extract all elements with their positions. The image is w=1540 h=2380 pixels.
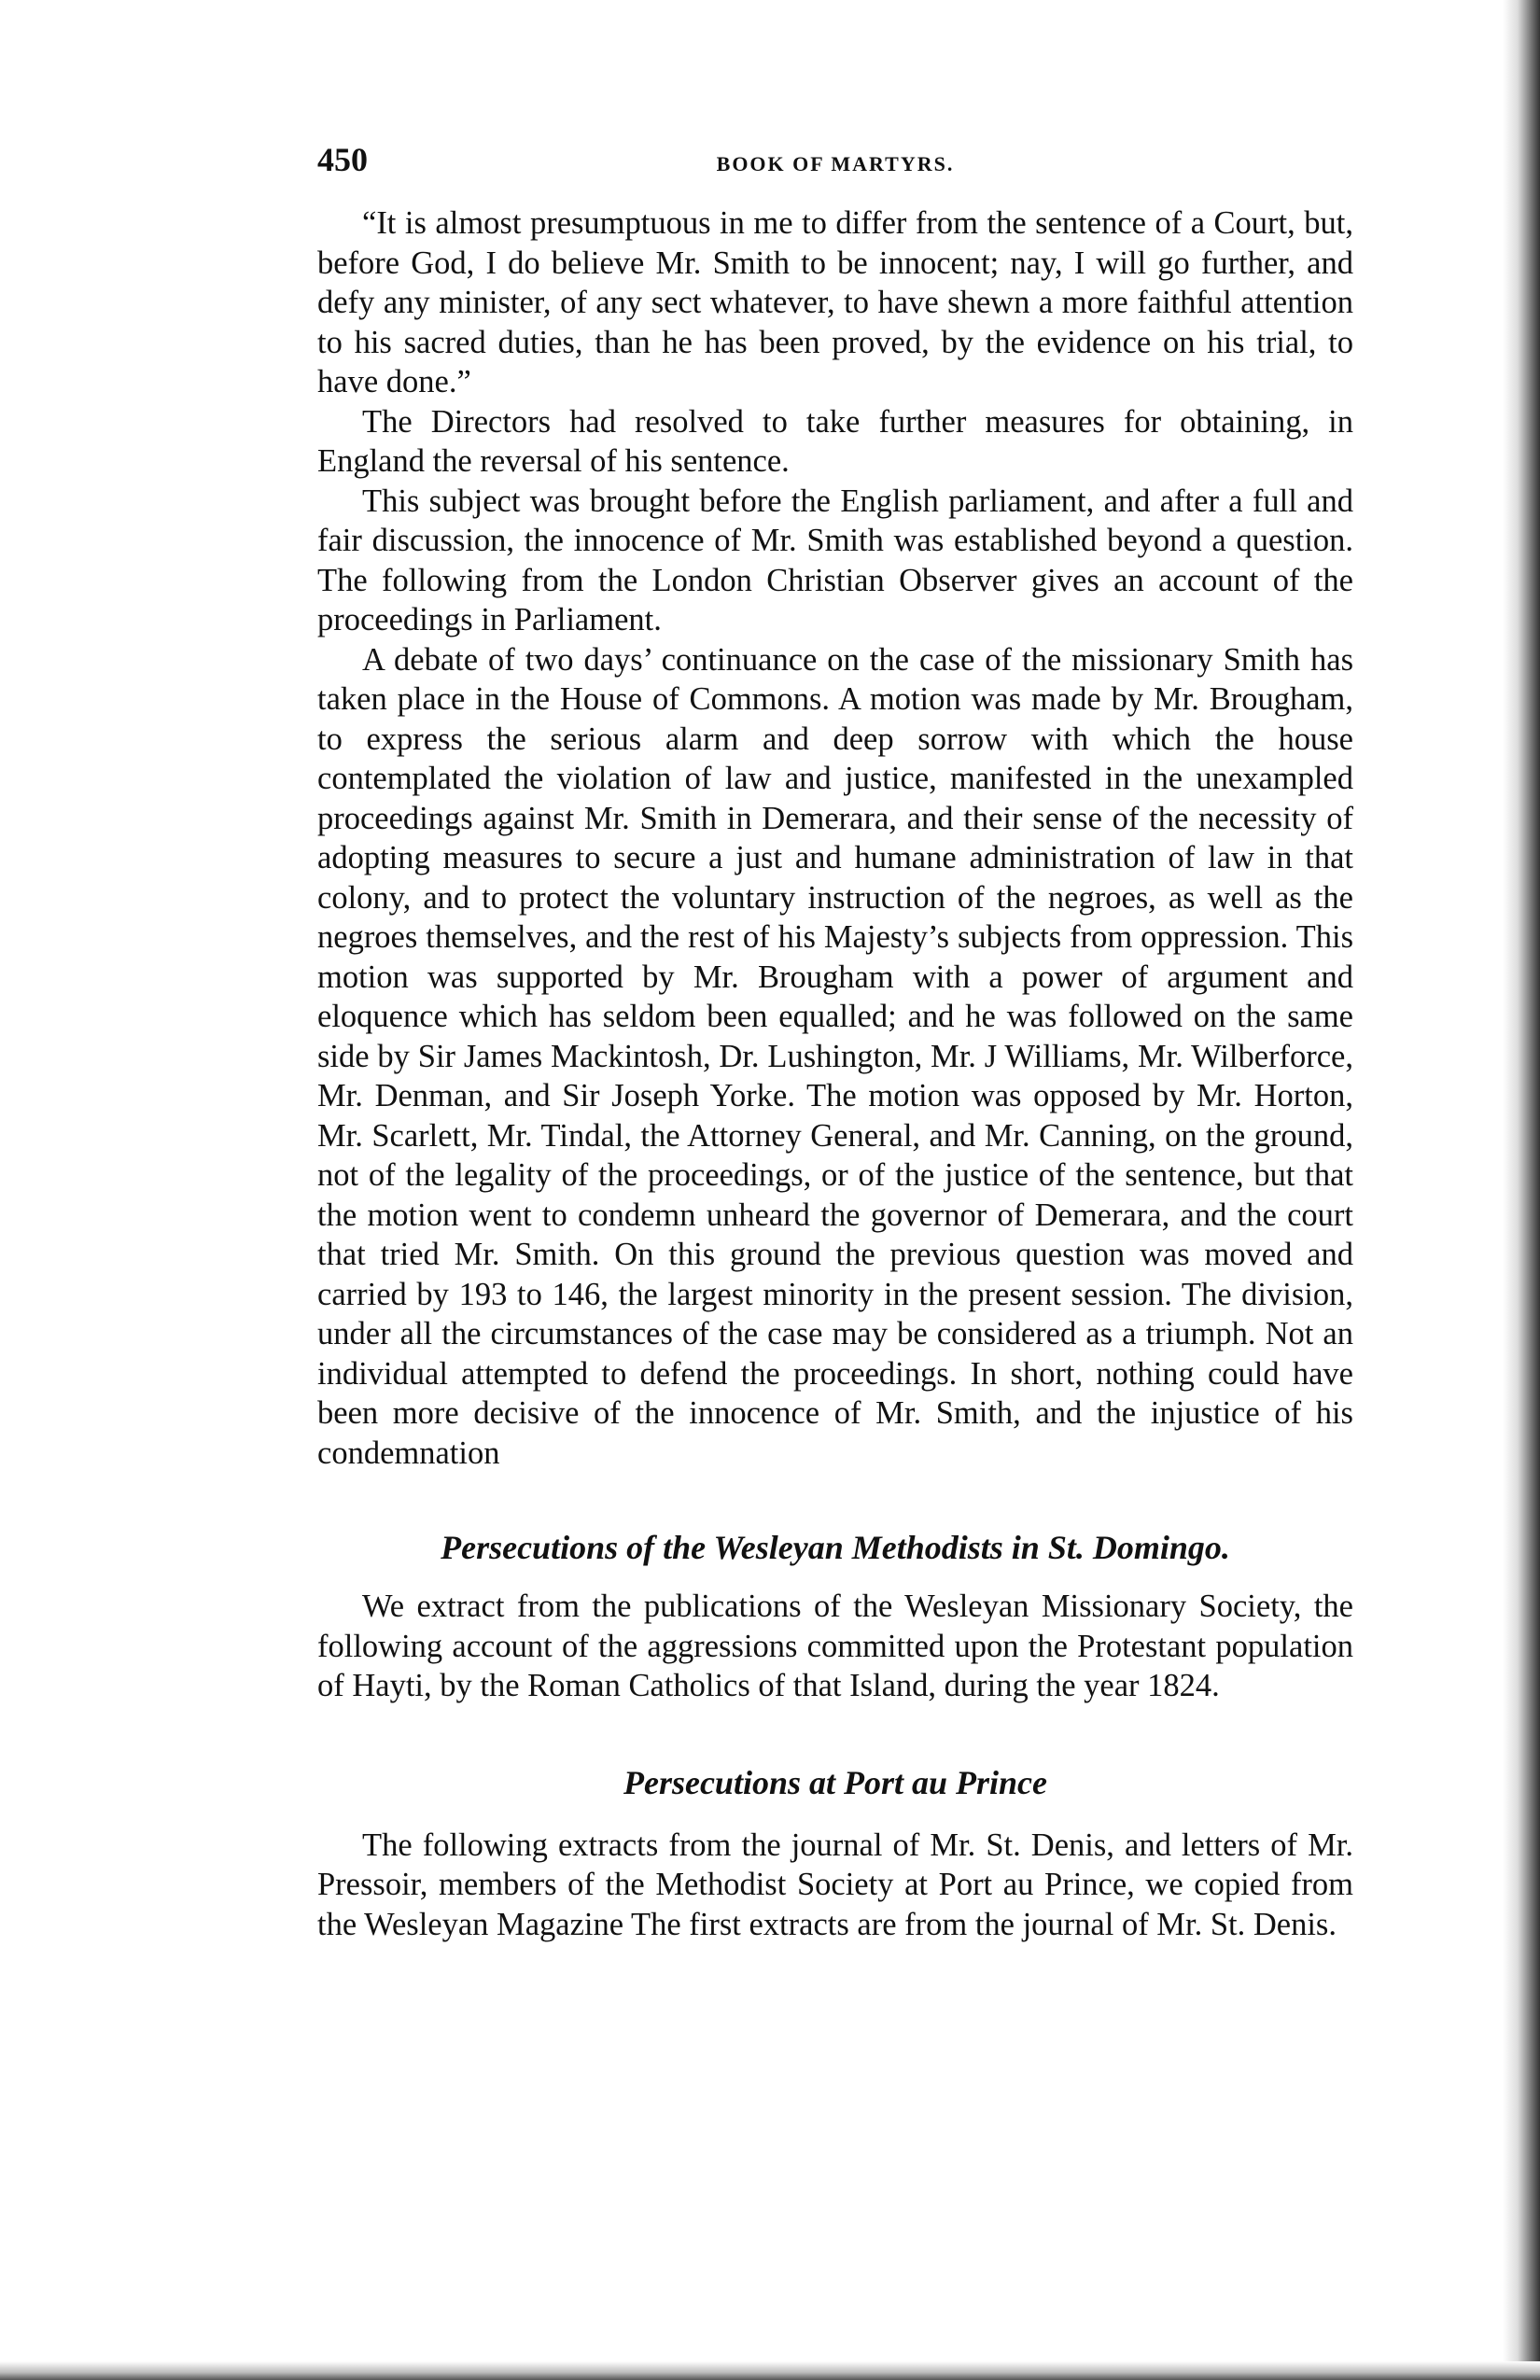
paragraph-directors: The Directors had resolved to take furth… bbox=[317, 402, 1353, 482]
paragraph-parliament: This subject was brought before the Engl… bbox=[317, 482, 1353, 640]
paragraph-quote: “It is almost presumptuous in me to diff… bbox=[317, 203, 1353, 402]
paragraph-port-au-prince: The following extracts from the journal … bbox=[317, 1826, 1353, 1945]
paragraph-st-domingo: We extract from the publications of the … bbox=[317, 1587, 1353, 1706]
running-head: 450 BOOK OF MARTYRS. bbox=[317, 140, 1353, 187]
section-heading-st-domingo: Persecutions of the Wesleyan Methodists … bbox=[317, 1527, 1353, 1568]
paragraph-debate: A debate of two days’ continuance on the… bbox=[317, 640, 1353, 1474]
page-edge-shadow bbox=[1503, 0, 1540, 2380]
page-number: 450 bbox=[317, 140, 448, 179]
quotation-block: “It is almost presumptuous in me to diff… bbox=[317, 203, 1353, 402]
running-title: BOOK OF MARTYRS. bbox=[448, 152, 1353, 176]
section-heading-port-au-prince: Persecutions at Port au Prince bbox=[317, 1762, 1353, 1803]
page-content: 450 BOOK OF MARTYRS. “It is almost presu… bbox=[317, 140, 1353, 1944]
page-bottom-edge bbox=[0, 2361, 1540, 2380]
